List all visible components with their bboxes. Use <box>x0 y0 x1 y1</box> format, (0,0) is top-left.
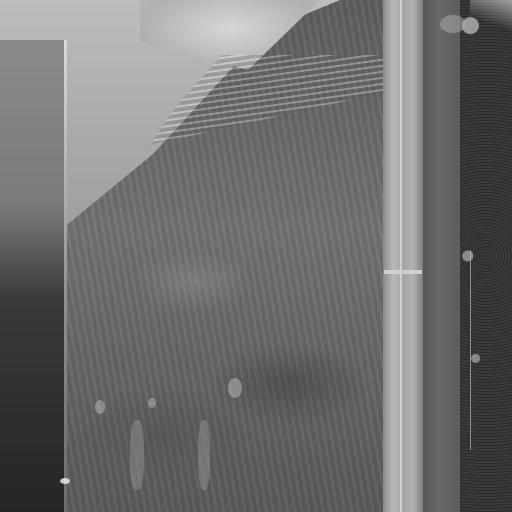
median <box>423 0 463 512</box>
dark-left-strip <box>0 40 66 512</box>
right-field-corner-highlight <box>470 0 512 30</box>
road-center-line <box>400 0 402 512</box>
left-strip-edge <box>64 40 67 512</box>
aerial-photo <box>0 0 512 512</box>
light-streak <box>198 420 210 490</box>
light-streak <box>130 420 144 490</box>
light-patch <box>228 378 242 398</box>
bright-speck <box>60 478 70 484</box>
light-patch <box>148 398 156 408</box>
light-patch <box>95 400 105 414</box>
light-patch <box>440 15 466 33</box>
vertical-road <box>383 0 423 512</box>
road-crossing-marker <box>384 270 422 274</box>
dark-speckled-right-field <box>460 0 512 512</box>
fence-line <box>470 250 471 450</box>
